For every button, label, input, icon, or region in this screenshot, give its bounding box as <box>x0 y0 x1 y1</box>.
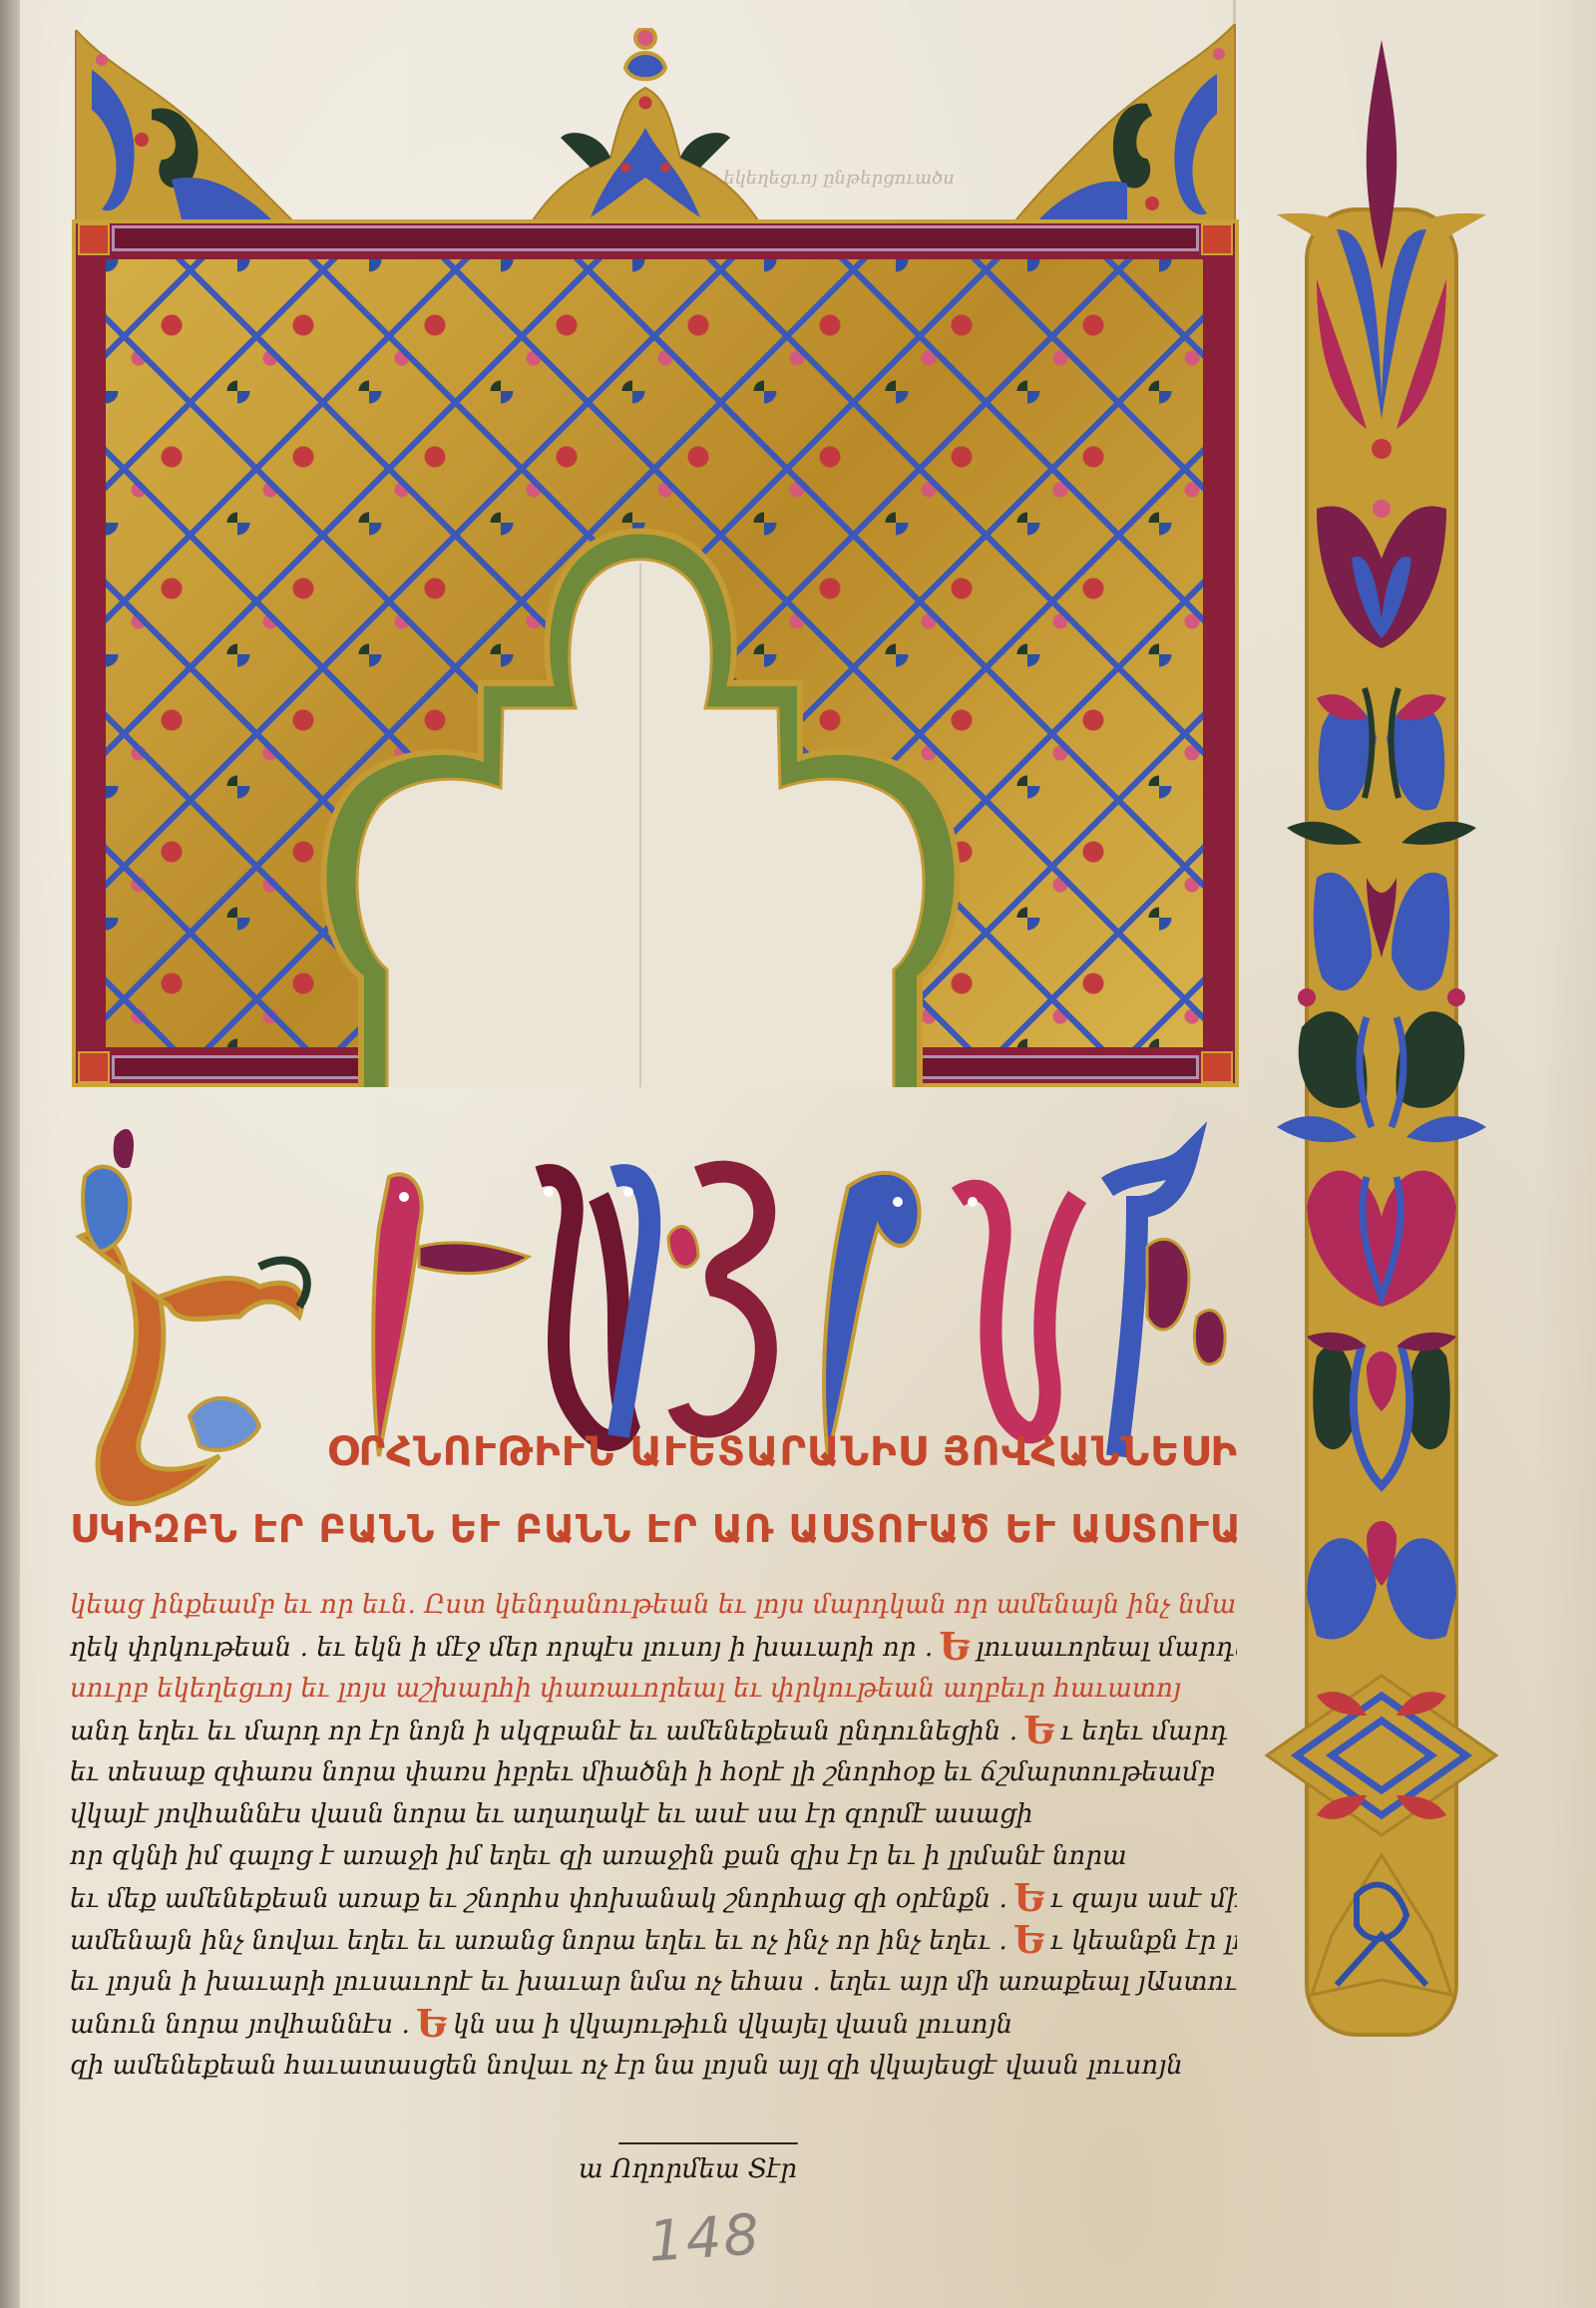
text-segment: լուսաւորեալ մարդկութեան <box>977 1633 1237 1663</box>
text-line-8: եւ մեք ամենեքեան առաք եւ շնորհս փոխանակ … <box>70 1881 1237 1916</box>
rubric-title-line-1: ՕՐՀՆՈՒԹԻՒՆ ԱՒԵՏԱՐԱՆԻՍ ՅՈՎՀԱՆՆԵՍԻ ԱՌԱՔԵԼՈ… <box>327 1426 1240 1478</box>
bird-letter-5 <box>958 1191 1077 1433</box>
bird-letter-1 <box>373 1174 529 1456</box>
text-line-5: եւ տեսաք զփառս նորա փառս իբրեւ միածնի ի … <box>70 1755 1237 1789</box>
text-line-7: որ զկնի իմ գալոց է առաջի իմ եղեւ զի առաջ… <box>70 1839 1237 1873</box>
text-line-3: սուրբ եկեղեցւոյ եւ լոյս աշխարհի փառաւորե… <box>70 1672 1237 1706</box>
text-line-4: անդ եղեւ եւ մարդ որ էր նոյն ի սկզբանէ եւ… <box>70 1714 1237 1748</box>
red-initial-letter: Ե <box>416 2007 447 2041</box>
rubric-title-line-2: ՍԿԻԶԲՆ ԷՐ ԲԱՆՆ ԵՒ ԲԱՆՆ ԷՐ ԱՌ ԱՍՏՈՒԱԾ ԵՒ … <box>70 1504 1237 1554</box>
red-initial-letter: Ե <box>1023 1714 1054 1747</box>
bird-letter-2 <box>539 1175 649 1440</box>
text-segment: ւ եղեւ մարդ եւ բնակեցաւ ի մեզ <box>1061 1717 1237 1746</box>
interlace-knot-unit <box>1267 1676 1496 1835</box>
central-palmette-finial <box>531 28 760 227</box>
red-initial-letter: Ե <box>1013 1923 1044 1957</box>
colophon-note: ա Ողորմեա Տէր <box>579 2154 958 2184</box>
bird-letter-6 <box>1107 1157 1225 1456</box>
text-segment: ւ կեանքն էր լոյս մարդկան <box>1050 1926 1237 1956</box>
left-corner-palmette <box>72 30 301 229</box>
marginal-floral-border <box>1247 40 1516 2075</box>
text-segment: ւ զայս ասէ միածինն <box>1050 1884 1237 1914</box>
text-line-12: զի ամենեքեան հաւատասցեն նովաւ ոչ էր նա լ… <box>70 2049 1237 2083</box>
text-line-11: անուն նորա յովհաննէս ․Եկն սա ի վկայութիւ… <box>70 2007 1237 2042</box>
headpiece <box>72 219 1239 1087</box>
text-segment: ղեկ փրկութեան ․ եւ եկն ի մէջ մեր որպէս լ… <box>70 1633 933 1663</box>
folio-number: 148 <box>646 2202 763 2275</box>
text-line-6: վկայէ յովհաննէս վասն նորա եւ աղաղակէ եւ … <box>70 1797 1237 1831</box>
red-initial-letter: Ե <box>1013 1881 1044 1915</box>
red-initial-letter: Ե <box>939 1630 970 1664</box>
text-segment: ամենայն ինչ նովաւ եղեւ եւ առանց նորա եղե… <box>70 1926 1007 1956</box>
adjacent-page-edge <box>0 0 20 2308</box>
text-segment: եւ մեք ամենեքեան առաք եւ շնորհս փոխանակ … <box>70 1884 1007 1914</box>
zoomorphic-initial-letter <box>80 1129 307 1504</box>
text-segment: անուն նորա յովհաննէս ․ <box>70 2010 410 2040</box>
bird-letter-4 <box>824 1173 919 1456</box>
text-line-10: եւ լոյսն ի խաւարի լուսաւորէ եւ խաւար նմա… <box>70 1965 1237 1999</box>
text-segment: անդ եղեւ եւ մարդ որ էր նոյն ի սկզբանէ եւ… <box>70 1717 1017 1746</box>
text-segment: կն սա ի վկայութիւն վկայել վասն լուսոյն <box>453 2010 1012 2040</box>
text-line-1: կեաց ինքեամբ եւ որ եւն․ Ըստ կենդանութեան… <box>70 1588 1237 1622</box>
bird-letter-3 <box>668 1172 766 1427</box>
text-line-9: ամենայն ինչ նովաւ եղեւ եւ առանց նորա եղե… <box>70 1923 1237 1958</box>
trefoil-arch-opening <box>72 219 1239 1087</box>
text-line-2: ղեկ փրկութեան ․ եւ եկն ի մէջ մեր որպէս լ… <box>70 1630 1237 1665</box>
right-corner-palmette <box>1007 24 1239 229</box>
manuscript-page: բան այս եկեղեցւոյ ընթերցուածս <box>0 0 1596 2308</box>
abbreviation-bar <box>618 2142 798 2144</box>
